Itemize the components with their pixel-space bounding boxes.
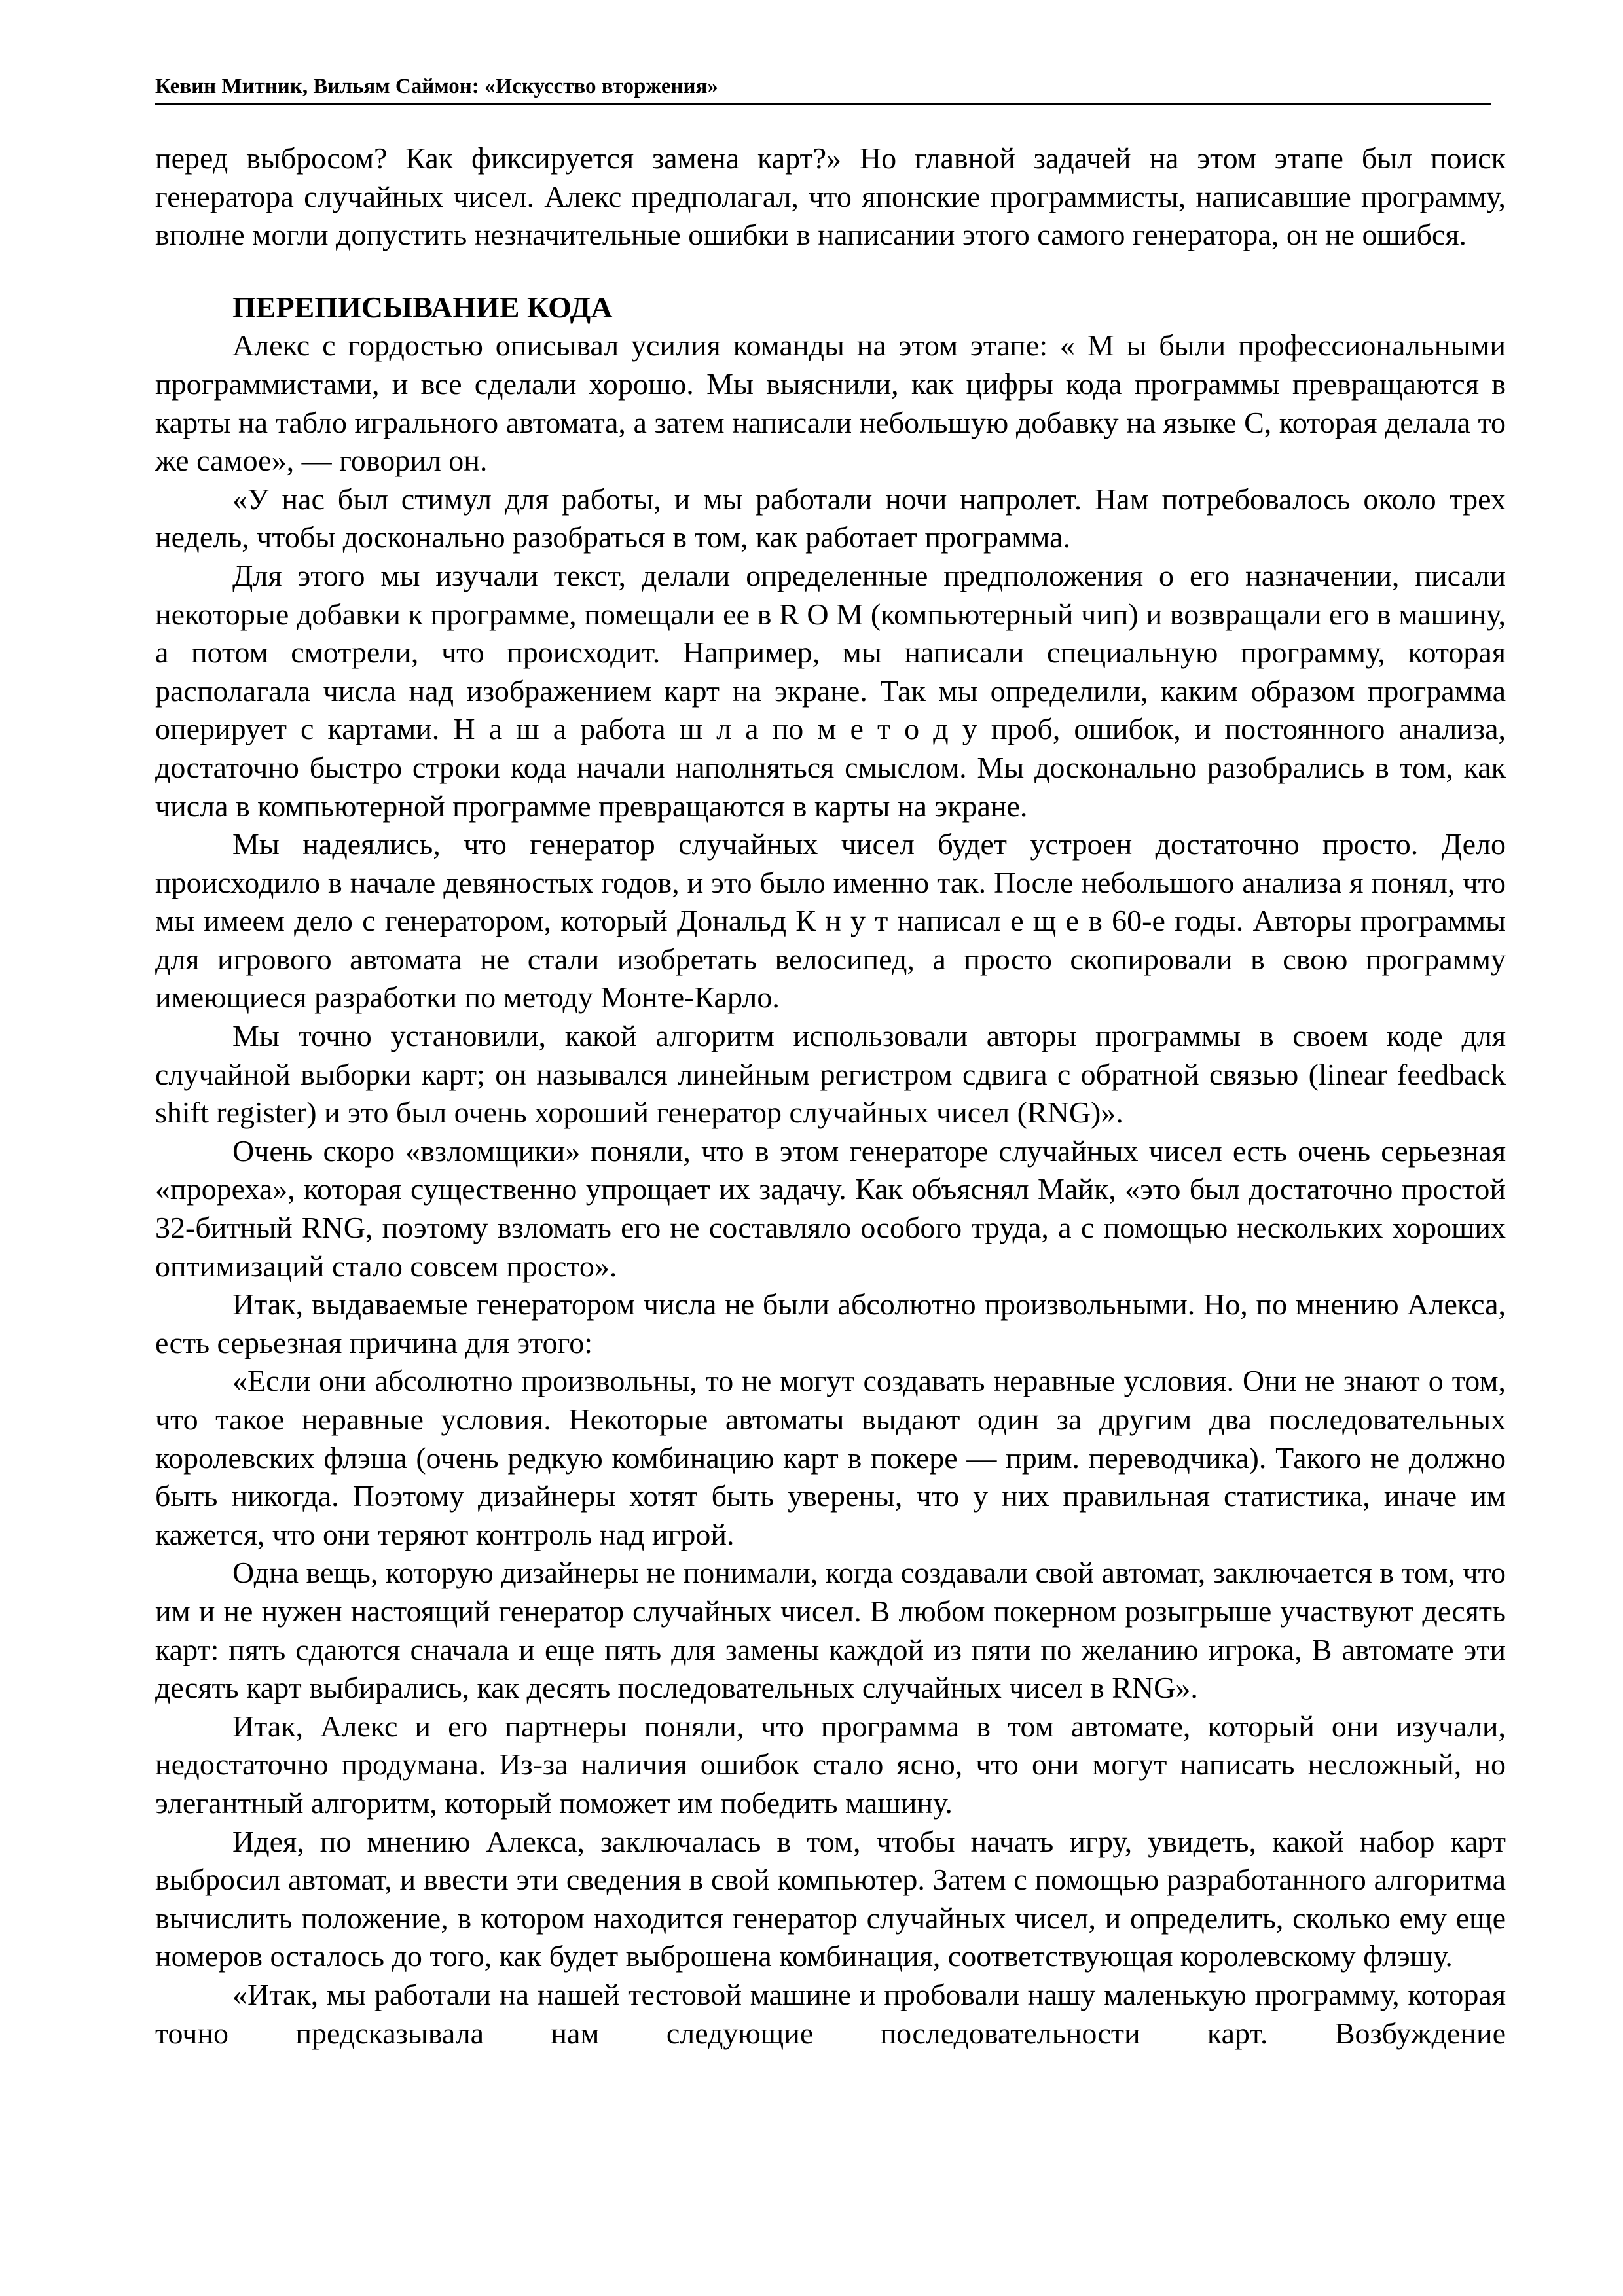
paragraph: Итак, выдаваемые генератором числа не бы…	[155, 1285, 1506, 1362]
paragraph: Итак, Алекс и его партнеры поняли, что п…	[155, 1708, 1506, 1823]
paragraph-continued: перед выбросом? Как фиксируется замена к…	[155, 139, 1506, 255]
paragraph: Мы надеялись, что генератор случайных чи…	[155, 825, 1506, 1017]
paragraph-continues: «Итак, мы работали на нашей тестовой маш…	[155, 1976, 1506, 2053]
paragraph: Очень скоро «взломщики» поняли, что в эт…	[155, 1132, 1506, 1285]
paragraph: Мы точно установили, какой алгоритм испо…	[155, 1017, 1506, 1132]
paragraph: Одна вещь, которую дизайнеры не понимали…	[155, 1554, 1506, 1707]
paragraph: «Если они абсолютно произвольны, то не м…	[155, 1362, 1506, 1554]
running-header: Кевин Митник, Вильям Саймон: «Искусство …	[155, 73, 1491, 105]
paragraph: Идея, по мнению Алекса, заключалась в то…	[155, 1823, 1506, 1976]
body-text: перед выбросом? Как фиксируется замена к…	[155, 139, 1506, 2053]
paragraph: «У нас был стимул для работы, и мы работ…	[155, 480, 1506, 557]
paragraph: Для этого мы изучали текст, делали опред…	[155, 557, 1506, 825]
section-heading: ПЕРЕПИСЫВАНИЕ КОДА	[155, 289, 1506, 327]
paragraph: Алекс с гордостью описывал усилия команд…	[155, 327, 1506, 480]
